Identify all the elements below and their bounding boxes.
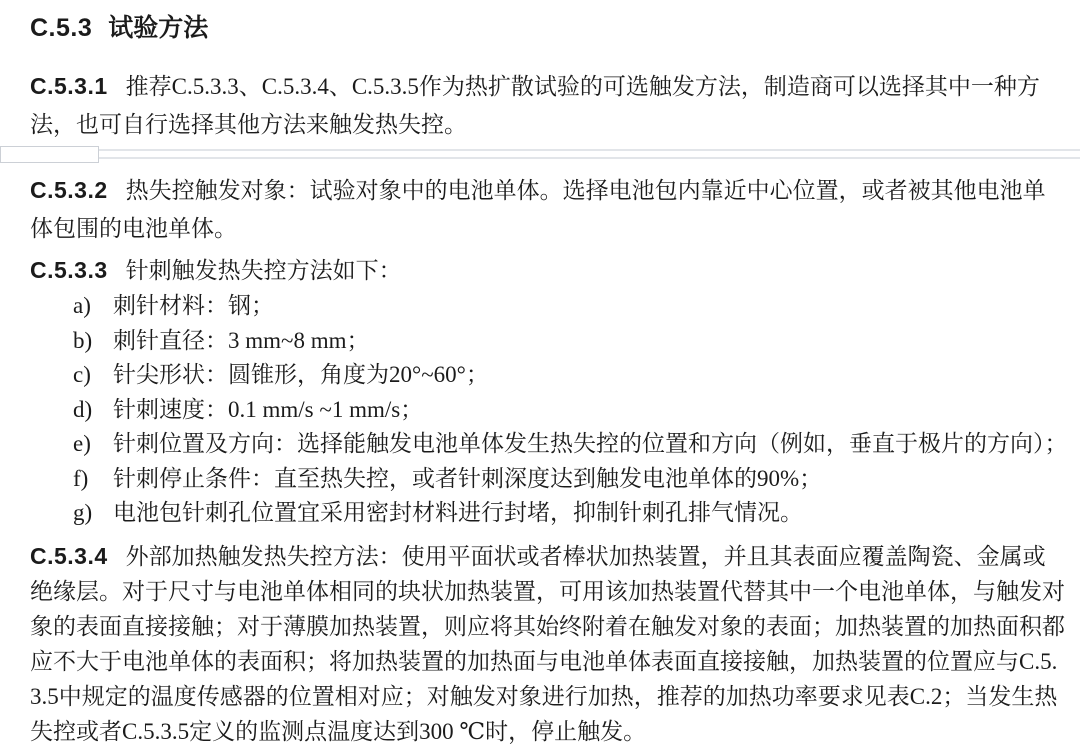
clause-number: C.5.3.4 bbox=[30, 543, 108, 569]
paragraph-line: 象的表面直接接触；对于薄膜加热装置，则应将其始终附着在触发对象的表面；加热装置的… bbox=[30, 609, 1052, 644]
paragraph-line: C.5.3.3针刺触发热失控方法如下： bbox=[30, 252, 1052, 289]
paragraph-text: 热失控触发对象：试验对象中的电池单体。选择电池包内靠近中心位置，或者被其他电池单 bbox=[126, 178, 1046, 203]
list-item-text: 刺针材料：钢； bbox=[113, 289, 274, 324]
list-item-text: 针刺停止条件：直至热失控，或者针刺深度达到触发电池单体的90%； bbox=[113, 462, 822, 497]
clause-number: C.5.3.3 bbox=[30, 257, 108, 283]
page-edge-line bbox=[0, 157, 1080, 159]
list-item-marker: c) bbox=[73, 358, 113, 393]
paragraph-line: 应不大于电池单体的表面积；将加热装置的加热面与电池单体表面直接接触，加热装置的位… bbox=[30, 644, 1052, 679]
list-item: a)刺针材料：钢； bbox=[30, 289, 1052, 324]
paragraph-line: C.5.3.1推荐C.5.3.3、C.5.3.4、C.5.3.5作为热扩散试验的… bbox=[30, 67, 1052, 106]
paragraph-line: 法，也可自行选择其他方法来触发热失控。 bbox=[30, 106, 1052, 144]
list-item-marker: b) bbox=[73, 324, 113, 359]
section-heading-number: C.5.3 bbox=[30, 14, 92, 42]
clause-c533-block: C.5.3.3针刺触发热失控方法如下： a)刺针材料：钢； b)刺针直径：3 m… bbox=[30, 252, 1052, 531]
list-item-text: 刺针直径：3 mm~8 mm； bbox=[113, 324, 370, 359]
list-item-marker: g) bbox=[73, 496, 113, 531]
list-item-text: 针尖形状：圆锥形，角度为20°~60°； bbox=[113, 358, 489, 393]
section-heading-title: 试验方法 bbox=[108, 14, 208, 42]
list-item-text: 针刺速度：0.1 mm/s ~1 mm/s； bbox=[113, 393, 423, 428]
clause-c534-paragraph: C.5.3.4外部加热触发热失控方法：使用平面状或者棒状加热装置，并且其表面应覆… bbox=[30, 539, 1052, 749]
list-item: g)电池包针刺孔位置宜采用密封材料进行封堵，抑制针刺孔排气情况。 bbox=[30, 496, 1052, 531]
paragraph-line: C.5.3.2热失控触发对象：试验对象中的电池单体。选择电池包内靠近中心位置，或… bbox=[30, 171, 1052, 210]
paragraph-line: 失控或者C.5.3.5定义的监测点温度达到300 ℃时，停止触发。 bbox=[30, 714, 1052, 749]
clause-number: C.5.3.2 bbox=[30, 177, 108, 203]
paragraph-line: 3.5中规定的温度传感器的位置相对应；对触发对象进行加热，推荐的加热功率要求见表… bbox=[30, 679, 1052, 714]
clause-c531-paragraph: C.5.3.1推荐C.5.3.3、C.5.3.4、C.5.3.5作为热扩散试验的… bbox=[30, 67, 1052, 144]
list-item-marker: e) bbox=[73, 427, 113, 462]
list-item-marker: d) bbox=[73, 393, 113, 428]
page-break-indicator bbox=[0, 146, 1080, 165]
document-page: C.5.3试验方法 C.5.3.1推荐C.5.3.3、C.5.3.4、C.5.3… bbox=[0, 0, 1080, 752]
paragraph-line: 体包围的电池单体。 bbox=[30, 210, 1052, 248]
list-item: b)刺针直径：3 mm~8 mm； bbox=[30, 324, 1052, 359]
list-item-marker: a) bbox=[73, 289, 113, 324]
list-item: f)针刺停止条件：直至热失控，或者针刺深度达到触发电池单体的90%； bbox=[30, 462, 1052, 497]
paragraph-text: 外部加热触发热失控方法：使用平面状或者棒状加热装置，并且其表面应覆盖陶瓷、金属或 bbox=[126, 544, 1046, 569]
section-heading: C.5.3试验方法 bbox=[30, 13, 1052, 43]
list-item-text: 电池包针刺孔位置宜采用密封材料进行封堵，抑制针刺孔排气情况。 bbox=[113, 496, 803, 531]
clause-number: C.5.3.1 bbox=[30, 73, 108, 99]
list-item-text: 针刺位置及方向：选择能触发电池单体发生热失控的位置和方向（例如，垂直于极片的方向… bbox=[113, 427, 1068, 462]
list-item: c)针尖形状：圆锥形，角度为20°~60°； bbox=[30, 358, 1052, 393]
list-item: e)针刺位置及方向：选择能触发电池单体发生热失控的位置和方向（例如，垂直于极片的… bbox=[30, 427, 1052, 462]
list-item-marker: f) bbox=[73, 462, 113, 497]
paragraph-text: 推荐C.5.3.3、C.5.3.4、C.5.3.5作为热扩散试验的可选触发方法，… bbox=[126, 74, 1040, 99]
clause-c532-paragraph: C.5.3.2热失控触发对象：试验对象中的电池单体。选择电池包内靠近中心位置，或… bbox=[30, 171, 1052, 248]
page-edge-line bbox=[0, 149, 1080, 151]
paragraph-text: 针刺触发热失控方法如下： bbox=[126, 258, 402, 283]
page-corner-tab bbox=[0, 146, 99, 163]
paragraph-line: 绝缘层。对于尺寸与电池单体相同的块状加热装置，可用该加热装置代替其中一个电池单体… bbox=[30, 574, 1052, 609]
clause-c533-list: a)刺针材料：钢； b)刺针直径：3 mm~8 mm； c)针尖形状：圆锥形，角… bbox=[30, 289, 1052, 531]
paragraph-line: C.5.3.4外部加热触发热失控方法：使用平面状或者棒状加热装置，并且其表面应覆… bbox=[30, 539, 1052, 574]
list-item: d)针刺速度：0.1 mm/s ~1 mm/s； bbox=[30, 393, 1052, 428]
